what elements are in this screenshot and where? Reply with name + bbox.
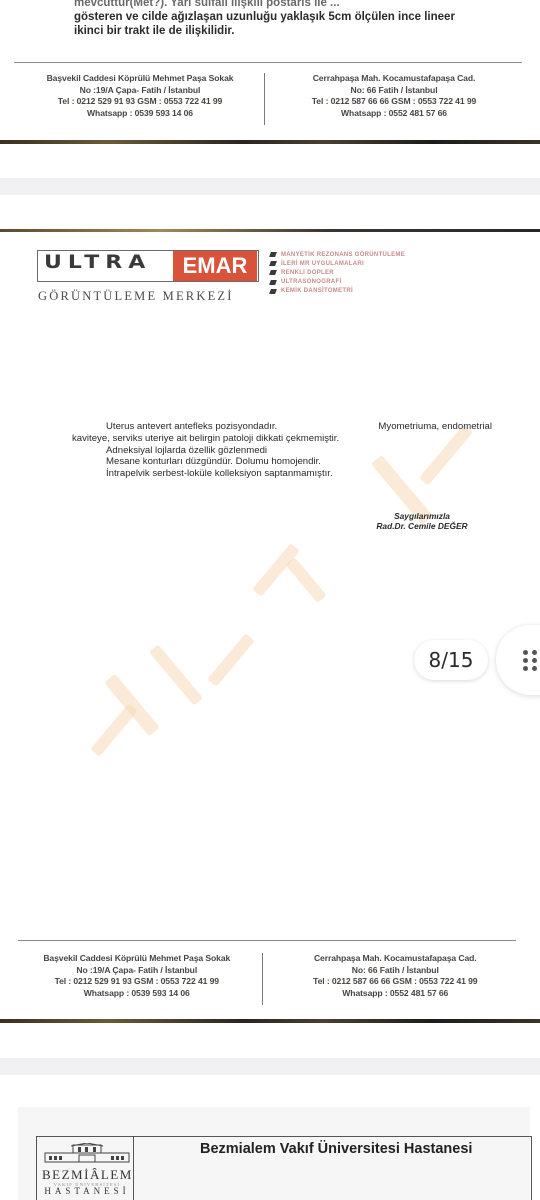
signature-name: Rad.Dr. Cemile DEĞER xyxy=(362,521,482,531)
bezmialem-logo: BEZMİÂLEM VAKIF ÜNİVERSİTESİ HASTANESİ xyxy=(42,1143,132,1196)
signature-closing: Saygılarımızla xyxy=(362,511,482,521)
service-item: MANYETİK REZONANS GÖRÜNTÜLEME xyxy=(270,250,405,259)
report-line: kaviteye, serviks uteriye ait belirgin p… xyxy=(72,433,492,445)
service-item: İLERİ MR UYGULAMALARI xyxy=(270,259,405,268)
footer-separator xyxy=(262,953,263,1005)
service-item: ULTRASONOGRAFİ xyxy=(270,278,405,287)
footer-address-right: Cerrahpaşa Mah. Kocamustafapaşa Cad. No:… xyxy=(271,953,520,1005)
logo-hastanesi: HASTANESİ xyxy=(42,1187,132,1196)
footer-divider xyxy=(18,940,516,941)
scan-edge xyxy=(0,229,540,232)
page-indicator[interactable]: 8/15 xyxy=(414,640,488,680)
address-line: Whatsapp : 0552 481 57 66 xyxy=(269,108,519,120)
report-text-continued: mevcuttur(Met?). Yarı sulfalı ilişkili p… xyxy=(74,0,494,38)
report-line: Uterus antevert antefleks pozisyondadır.… xyxy=(72,421,492,433)
scan-edge xyxy=(0,140,540,144)
service-label: ULTRASONOGRAFİ xyxy=(281,279,341,285)
hospital-building-icon xyxy=(43,1143,131,1163)
logo-name: BEZMİÂLEM xyxy=(42,1168,132,1182)
report-line: Mesane konturları düzgündür. Dolumu homo… xyxy=(72,456,492,468)
bullet-icon xyxy=(269,252,277,257)
report-text: Uterus antevert antefleks pozisyondadır. xyxy=(106,421,277,433)
service-label: RENKLİ DOPLER xyxy=(281,270,334,276)
grid-dots-icon xyxy=(523,650,537,671)
bullet-icon xyxy=(269,280,277,285)
report-line: mevcuttur(Met?). Yarı sulfalı ilişkili p… xyxy=(74,0,494,10)
address-line: Whatsapp : 0539 593 14 06 xyxy=(20,108,260,120)
address-line: No: 66 Fatih / İstanbul xyxy=(271,965,520,977)
address-line: No :19/A Çapa- Fatih / İstanbul xyxy=(20,85,260,97)
document-page-previous: mevcuttur(Met?). Yarı sulfalı ilişkili p… xyxy=(0,0,540,178)
address-line: No: 66 Fatih / İstanbul xyxy=(269,85,519,97)
footer-address-right: Cerrahpaşa Mah. Kocamustafapaşa Cad. No:… xyxy=(269,73,519,125)
page-footer: Başvekil Caddesi Köprülü Mehmet Paşa Sok… xyxy=(20,953,520,1005)
signature-block: Saygılarımızla Rad.Dr. Cemile DEĞER xyxy=(362,511,482,531)
report-body: Uterus antevert antefleks pozisyondadır.… xyxy=(72,421,492,480)
address-line: Tel : 0212 529 91 93 GSM : 0553 722 41 9… xyxy=(20,976,254,988)
service-label: KEMİK DANSİTOMETRİ xyxy=(281,288,353,294)
bullet-icon xyxy=(269,270,277,275)
address-line: Cerrahpaşa Mah. Kocamustafapaşa Cad. xyxy=(269,73,519,85)
footer-address-left: Başvekil Caddesi Köprülü Mehmet Paşa Sok… xyxy=(20,953,254,1005)
address-line: Tel : 0212 529 91 93 GSM : 0553 722 41 9… xyxy=(20,96,260,108)
report-line: gösteren ve cilde ağızlaşan uzunluğu yak… xyxy=(74,10,494,24)
bullet-icon xyxy=(269,289,277,294)
address-line: Tel : 0212 587 66 66 GSM : 0553 722 41 9… xyxy=(269,96,519,108)
address-line: Whatsapp : 0552 481 57 66 xyxy=(271,988,520,1000)
address-line: Başvekil Caddesi Köprülü Mehmet Paşa Sok… xyxy=(20,953,254,965)
address-line: No :19/A Çapa- Fatih / İstanbul xyxy=(20,965,254,977)
page-footer: Başvekil Caddesi Köprülü Mehmet Paşa Sok… xyxy=(20,73,520,125)
report-text: Myometriuma, endometrial xyxy=(378,421,492,433)
service-label: İLERİ MR UYGULAMALARI xyxy=(281,261,364,267)
service-item: KEMİK DANSİTOMETRİ xyxy=(270,287,405,296)
address-line: Tel : 0212 587 66 66 GSM : 0553 722 41 9… xyxy=(271,976,520,988)
scan-edge xyxy=(0,1019,540,1023)
service-item: RENKLİ DOPLER xyxy=(270,268,405,277)
footer-divider xyxy=(14,62,522,63)
report-line: İntrapelvik serbest-loküle kolleksiyon s… xyxy=(72,468,492,480)
table-divider xyxy=(133,1137,134,1200)
address-line: Başvekil Caddesi Köprülü Mehmet Paşa Sok… xyxy=(20,73,260,85)
address-line: Cerrahpaşa Mah. Kocamustafapaşa Cad. xyxy=(271,953,520,965)
bullet-icon xyxy=(269,261,277,266)
footer-separator xyxy=(264,73,265,125)
services-list: MANYETİK REZONANS GÖRÜNTÜLEME İLERİ MR U… xyxy=(270,250,405,296)
document-page-current xyxy=(0,195,540,1058)
footer-address-left: Başvekil Caddesi Köprülü Mehmet Paşa Sok… xyxy=(20,73,260,125)
address-line: Whatsapp : 0539 593 14 06 xyxy=(20,988,254,1000)
logo-subtitle: GÖRÜNTÜLEME MERKEZİ xyxy=(38,289,234,304)
report-line: Adneksiyal lojlarda özellik gözlenmedi xyxy=(72,445,492,457)
logo-ultra-text: ULTRA xyxy=(44,252,151,273)
logo-emar-text: EMAR xyxy=(173,251,257,281)
hospital-title: Bezmialem Vakıf Üniversitesi Hastanesi xyxy=(200,1141,472,1157)
service-label: MANYETİK REZONANS GÖRÜNTÜLEME xyxy=(281,252,405,258)
report-line: ikinci bir trakt ile de ilişkilidir. xyxy=(74,24,494,38)
